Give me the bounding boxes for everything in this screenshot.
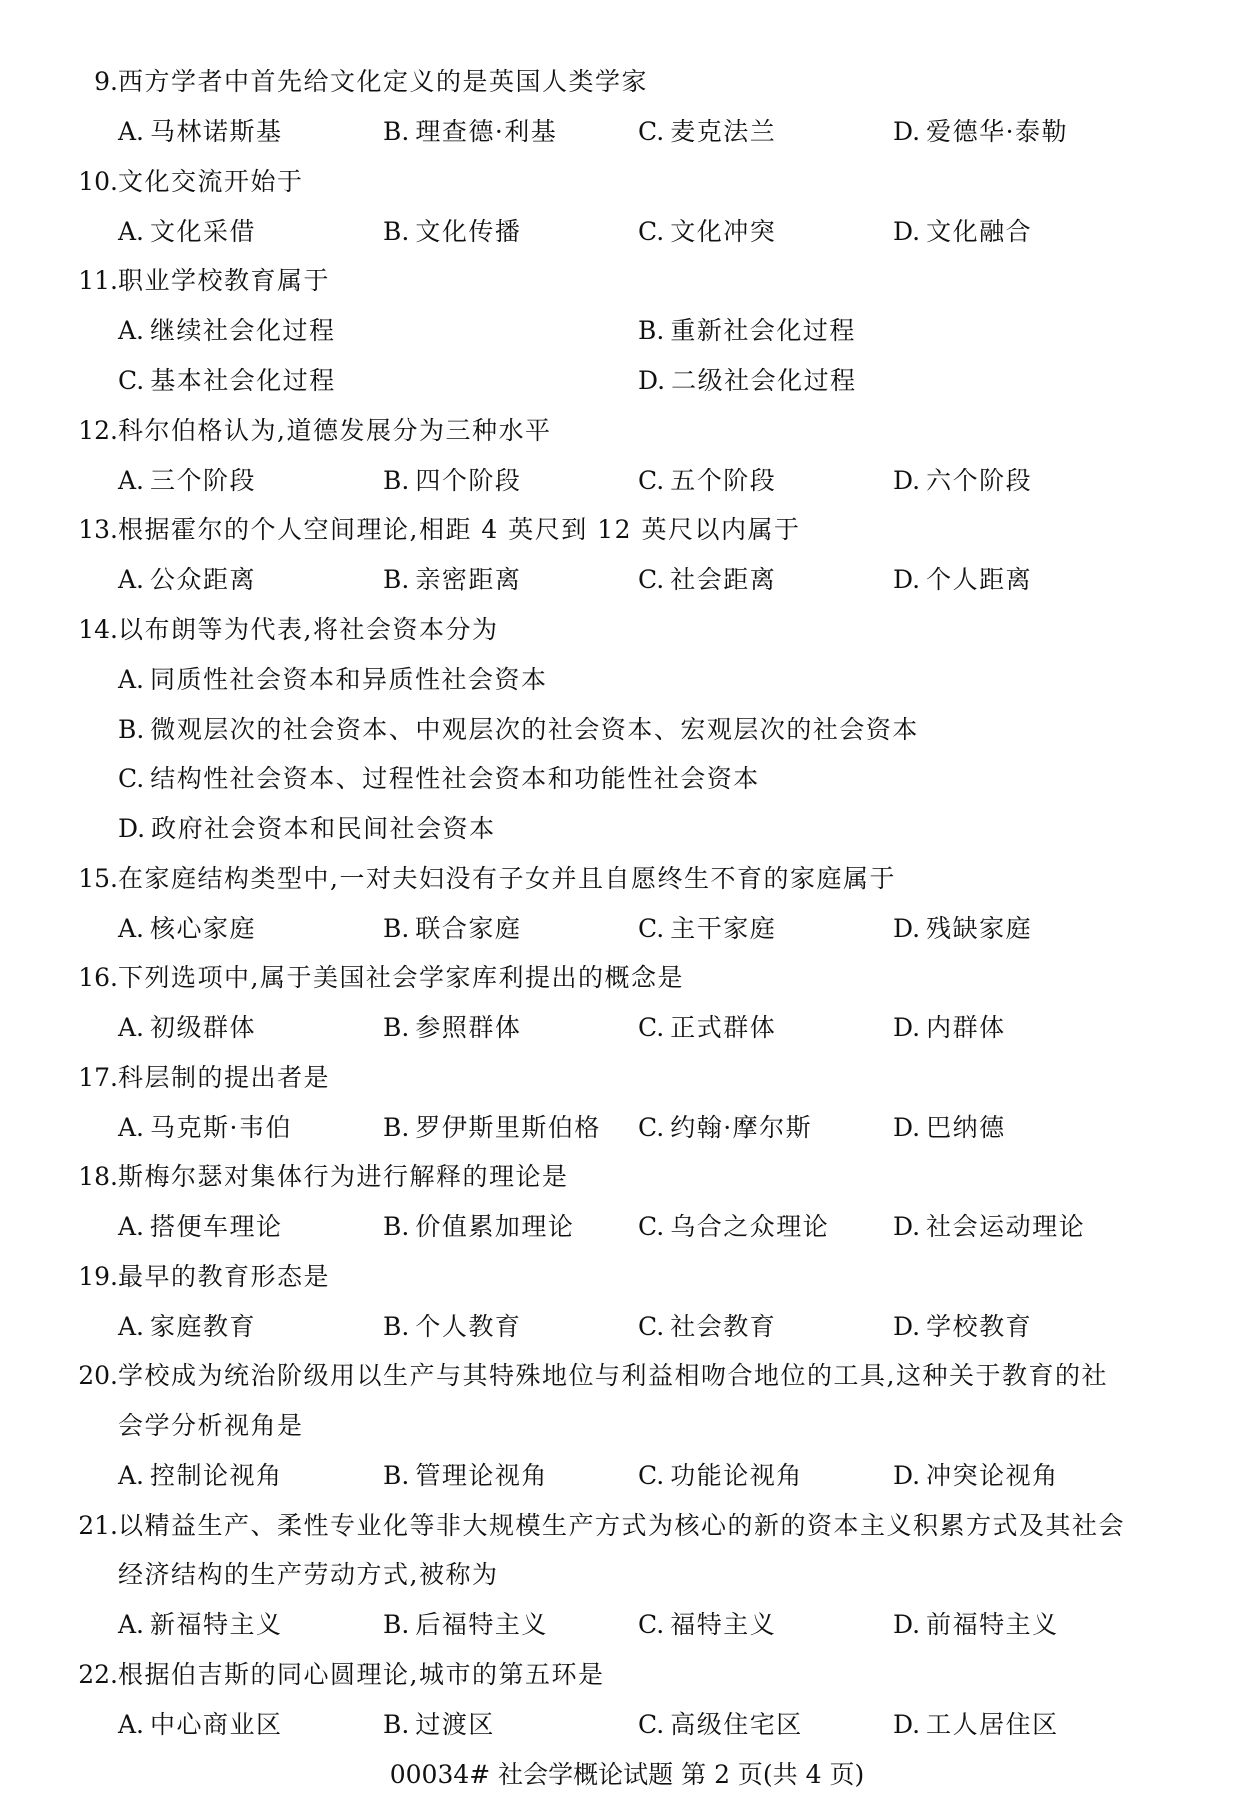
question-stem: 根据伯吉斯的同心圆理论,城市的第五环是	[118, 1650, 604, 1700]
question-number: 12.	[0, 406, 118, 456]
question-number: 20.	[0, 1351, 118, 1401]
exam-page: 9. 西方学者中首先给文化定义的是英国人类学家 A.马林诺斯基 B.理查德·利基…	[0, 0, 1254, 1811]
option-c[interactable]: C.社会教育	[638, 1302, 776, 1352]
option-d[interactable]: D.残缺家庭	[893, 904, 1032, 954]
question-stem: 斯梅尔瑟对集体行为进行解释的理论是	[118, 1152, 569, 1202]
question-number: 15.	[0, 854, 118, 904]
option-a[interactable]: A.同质性社会资本和异质性社会资本	[118, 655, 548, 705]
question-22: 22. 根据伯吉斯的同心圆理论,城市的第五环是	[0, 1650, 1254, 1700]
question-number: 17.	[0, 1053, 118, 1103]
option-c[interactable]: C.社会距离	[638, 555, 776, 605]
options-row: A.三个阶段 B.四个阶段 C.五个阶段 D.六个阶段	[0, 456, 1254, 506]
question-16: 16. 下列选项中,属于美国社会学家库利提出的概念是	[0, 953, 1254, 1003]
question-19: 19. 最早的教育形态是	[0, 1252, 1254, 1302]
option-b[interactable]: B.理查德·利基	[383, 107, 557, 157]
question-stem-continuation: 经济结构的生产劳动方式,被称为	[0, 1550, 1254, 1600]
question-number: 9.	[0, 57, 118, 107]
option-a[interactable]: A.中心商业区	[118, 1700, 283, 1750]
question-number: 18.	[0, 1152, 118, 1202]
option-d[interactable]: D.社会运动理论	[893, 1202, 1085, 1252]
options-row: C.结构性社会资本、过程性社会资本和功能性社会资本	[0, 754, 1254, 804]
option-d[interactable]: D.冲突论视角	[893, 1451, 1059, 1501]
option-b[interactable]: B.文化传播	[383, 207, 521, 257]
option-d[interactable]: D.二级社会化过程	[638, 356, 857, 406]
question-stem: 科尔伯格认为,道德发展分为三种水平	[118, 406, 551, 456]
options-row: A.中心商业区 B.过渡区 C.高级住宅区 D.工人居住区	[0, 1700, 1254, 1750]
option-c[interactable]: C.文化冲突	[638, 207, 776, 257]
option-c[interactable]: C.主干家庭	[638, 904, 776, 954]
option-c[interactable]: C.麦克法兰	[638, 107, 776, 157]
question-stem: 学校成为统治阶级用以生产与其特殊地位与利益相吻合地位的工具,这种关于教育的社	[118, 1351, 1108, 1401]
option-d[interactable]: D.学校教育	[893, 1302, 1032, 1352]
question-17: 17. 科层制的提出者是	[0, 1053, 1254, 1103]
options-row: A.新福特主义 B.后福特主义 C.福特主义 D.前福特主义	[0, 1600, 1254, 1650]
option-a[interactable]: A.新福特主义	[118, 1600, 283, 1650]
option-d[interactable]: D.六个阶段	[893, 456, 1032, 506]
option-b[interactable]: B.罗伊斯里斯伯格	[383, 1103, 601, 1153]
options-row: A.控制论视角 B.管理论视角 C.功能论视角 D.冲突论视角	[0, 1451, 1254, 1501]
option-a[interactable]: A.文化采借	[118, 207, 256, 257]
question-stem: 最早的教育形态是	[118, 1252, 330, 1302]
option-a[interactable]: A.初级群体	[118, 1003, 256, 1053]
question-stem: 根据霍尔的个人空间理论,相距 4 英尺到 12 英尺以内属于	[118, 505, 800, 555]
question-stem: 文化交流开始于	[118, 157, 304, 207]
option-b[interactable]: B.联合家庭	[383, 904, 521, 954]
option-c[interactable]: C.高级住宅区	[638, 1700, 803, 1750]
option-d[interactable]: D.爱德华·泰勒	[893, 107, 1068, 157]
option-b[interactable]: B.四个阶段	[383, 456, 521, 506]
options-row: A.初级群体 B.参照群体 C.正式群体 D.内群体	[0, 1003, 1254, 1053]
question-12: 12. 科尔伯格认为,道德发展分为三种水平	[0, 406, 1254, 456]
question-stem: 西方学者中首先给文化定义的是英国人类学家	[118, 57, 648, 107]
option-a[interactable]: A.三个阶段	[118, 456, 256, 506]
question-stem: 职业学校教育属于	[118, 256, 330, 306]
option-c[interactable]: C.正式群体	[638, 1003, 776, 1053]
question-number: 22.	[0, 1650, 118, 1700]
option-d[interactable]: D.工人居住区	[893, 1700, 1059, 1750]
question-18: 18. 斯梅尔瑟对集体行为进行解释的理论是	[0, 1152, 1254, 1202]
question-13: 13. 根据霍尔的个人空间理论,相距 4 英尺到 12 英尺以内属于	[0, 505, 1254, 555]
question-number: 19.	[0, 1252, 118, 1302]
question-11: 11. 职业学校教育属于	[0, 256, 1254, 306]
option-c[interactable]: C.约翰·摩尔斯	[638, 1103, 812, 1153]
options-row: A.公众距离 B.亲密距离 C.社会距离 D.个人距离	[0, 555, 1254, 605]
option-d[interactable]: D.内群体	[893, 1003, 1006, 1053]
question-stem: 以布朗等为代表,将社会资本分为	[118, 605, 498, 655]
option-a[interactable]: A.控制论视角	[118, 1451, 283, 1501]
option-b[interactable]: B.管理论视角	[383, 1451, 548, 1501]
question-number: 13.	[0, 505, 118, 555]
option-b[interactable]: B.重新社会化过程	[638, 306, 856, 356]
option-b[interactable]: B.个人教育	[383, 1302, 521, 1352]
question-20: 20. 学校成为统治阶级用以生产与其特殊地位与利益相吻合地位的工具,这种关于教育…	[0, 1351, 1254, 1401]
options-row: C.基本社会化过程 D.二级社会化过程	[0, 356, 1254, 406]
question-stem: 下列选项中,属于美国社会学家库利提出的概念是	[118, 953, 684, 1003]
question-number: 10.	[0, 157, 118, 207]
option-c[interactable]: C.基本社会化过程	[118, 356, 336, 406]
option-c[interactable]: C.福特主义	[638, 1600, 776, 1650]
options-row: B.微观层次的社会资本、中观层次的社会资本、宏观层次的社会资本	[0, 705, 1254, 755]
option-b[interactable]: B.后福特主义	[383, 1600, 548, 1650]
question-9: 9. 西方学者中首先给文化定义的是英国人类学家	[0, 57, 1254, 107]
question-number: 21.	[0, 1501, 118, 1551]
options-row: A.家庭教育 B.个人教育 C.社会教育 D.学校教育	[0, 1302, 1254, 1352]
option-a[interactable]: A.家庭教育	[118, 1302, 256, 1352]
option-c[interactable]: C.功能论视角	[638, 1451, 803, 1501]
option-d[interactable]: D.文化融合	[893, 207, 1032, 257]
option-a[interactable]: A.马克斯·韦伯	[118, 1103, 292, 1153]
option-b[interactable]: B.过渡区	[383, 1700, 495, 1750]
question-number: 14.	[0, 605, 118, 655]
page-footer: 00034# 社会学概论试题 第 2 页(共 4 页)	[0, 1750, 1254, 1800]
option-d[interactable]: D.个人距离	[893, 555, 1032, 605]
option-d[interactable]: D.巴纳德	[893, 1103, 1006, 1153]
question-10: 10. 文化交流开始于	[0, 157, 1254, 207]
option-a[interactable]: A.核心家庭	[118, 904, 256, 954]
question-stem: 科层制的提出者是	[118, 1053, 330, 1103]
option-b[interactable]: B.价值累加理论	[383, 1202, 574, 1252]
options-row: A.马克斯·韦伯 B.罗伊斯里斯伯格 C.约翰·摩尔斯 D.巴纳德	[0, 1103, 1254, 1153]
options-row: D.政府社会资本和民间社会资本	[0, 804, 1254, 854]
options-row: A.继续社会化过程 B.重新社会化过程	[0, 306, 1254, 356]
options-row: A.核心家庭 B.联合家庭 C.主干家庭 D.残缺家庭	[0, 904, 1254, 954]
option-d[interactable]: D.政府社会资本和民间社会资本	[118, 804, 496, 854]
option-d[interactable]: D.前福特主义	[893, 1600, 1059, 1650]
option-a[interactable]: A.搭便车理论	[118, 1202, 283, 1252]
question-number: 11.	[0, 256, 118, 306]
option-b[interactable]: B.微观层次的社会资本、中观层次的社会资本、宏观层次的社会资本	[118, 705, 919, 755]
option-a[interactable]: A.公众距离	[118, 555, 256, 605]
option-c[interactable]: C.乌合之众理论	[638, 1202, 829, 1252]
option-a[interactable]: A.马林诺斯基	[118, 107, 283, 157]
question-stem: 以精益生产、柔性专业化等非大规模生产方式为核心的新的资本主义积累方式及其社会	[118, 1501, 1125, 1551]
options-row: A.马林诺斯基 B.理查德·利基 C.麦克法兰 D.爱德华·泰勒	[0, 107, 1254, 157]
options-row: A.同质性社会资本和异质性社会资本	[0, 655, 1254, 705]
question-stem-continuation: 会学分析视角是	[0, 1401, 1254, 1451]
question-stem: 在家庭结构类型中,一对夫妇没有子女并且自愿终生不育的家庭属于	[118, 854, 896, 904]
option-c[interactable]: C.结构性社会资本、过程性社会资本和功能性社会资本	[118, 754, 760, 804]
options-row: A.文化采借 B.文化传播 C.文化冲突 D.文化融合	[0, 207, 1254, 257]
question-15: 15. 在家庭结构类型中,一对夫妇没有子女并且自愿终生不育的家庭属于	[0, 854, 1254, 904]
question-number: 16.	[0, 953, 118, 1003]
option-b[interactable]: B.亲密距离	[383, 555, 521, 605]
question-14: 14. 以布朗等为代表,将社会资本分为	[0, 605, 1254, 655]
option-c[interactable]: C.五个阶段	[638, 456, 776, 506]
option-b[interactable]: B.参照群体	[383, 1003, 521, 1053]
question-21: 21. 以精益生产、柔性专业化等非大规模生产方式为核心的新的资本主义积累方式及其…	[0, 1501, 1254, 1551]
option-a[interactable]: A.继续社会化过程	[118, 306, 336, 356]
options-row: A.搭便车理论 B.价值累加理论 C.乌合之众理论 D.社会运动理论	[0, 1202, 1254, 1252]
